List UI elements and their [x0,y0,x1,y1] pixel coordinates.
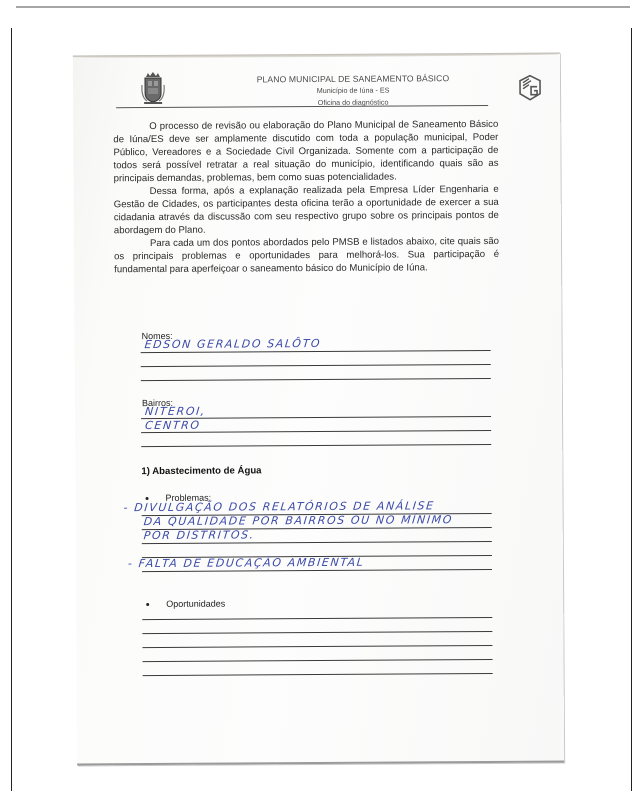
problem-line-2: DA QUALIDADE POR BAIRROS OU NO MÍNIMO [143,513,454,528]
opportunities-label: Oportunidades [166,599,225,609]
intro-paragraph: O processo de revisão ou elaboração do P… [113,118,498,185]
header-titles: PLANO MUNICIPAL DE SANEAMENTO BÁSICO Mun… [203,73,503,108]
opportunities-line-3 [142,645,492,648]
page-top-shadow [73,53,560,59]
intro-paragraph: Dessa forma, após a explanação realizada… [114,183,499,237]
frame-left-border [11,28,12,791]
intro-paragraph: Para cada um dos pontos abordados pelo P… [114,235,499,276]
plan-title: PLANO MUNICIPAL DE SANEAMENTO BÁSICO [203,73,503,85]
top-divider [16,6,630,8]
frame-right-border [631,28,632,791]
bullet-dot [146,497,149,500]
neighborhood-entry-2: CENTRO [144,419,201,432]
names-entry-1: EDSON GERALDO SALÔTO [144,337,322,351]
opportunities-line-2 [142,631,492,634]
neighborhoods-line-3 [141,444,491,447]
bullet-dot [146,603,149,606]
form-header: PLANO MUNICIPAL DE SANEAMENTO BÁSICO Mun… [123,65,538,118]
eg-cube-logo-icon [519,75,541,101]
intro-text: O processo de revisão ou elaboração do P… [113,118,499,276]
opportunities-line-4 [143,659,493,662]
opportunities-line-1 [142,617,492,620]
section-water-supply-title: 1) Abastecimento de Água [141,465,261,477]
problem-line-3: POR DISTRITOS. [143,528,255,542]
names-line-2 [141,364,491,367]
problem-line-5: - FALTA DE EDUCAÇÃO AMBIENTAL [127,556,365,570]
names-line-3 [141,378,491,381]
opportunities-bullet: Oportunidades [146,599,225,609]
scanned-form-page: PLANO MUNICIPAL DE SANEAMENTO BÁSICO Mun… [73,53,564,766]
municipal-crest-icon [141,71,165,105]
neighborhood-entry-1: NITEROI, [144,405,206,418]
page-bottom-shadow [77,761,564,766]
municipality-name: Município de Iúna - ES [203,85,503,96]
problem-line-1: - DIVULGAÇÃO DOS RELATÓRIOS DE ANÁLISE [123,499,435,514]
opportunities-line-5 [143,673,493,676]
